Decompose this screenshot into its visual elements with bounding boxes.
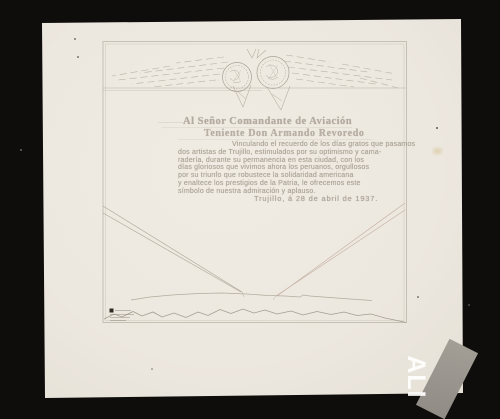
backdrop-speck — [468, 304, 470, 306]
searchlight-beams — [103, 203, 405, 300]
paper-stain — [431, 146, 444, 156]
right-seal-icon — [257, 57, 289, 89]
date-line: Trujillo, á 28 de abril de 1937. — [254, 194, 378, 203]
paper-speck — [417, 296, 419, 298]
watermark-text: ALI — [401, 347, 431, 407]
paper-speck — [77, 56, 79, 58]
paper-speck — [151, 368, 153, 370]
dedication-paragraph: Vinculando el recuerdo de los días grato… — [178, 141, 399, 196]
horizon-line — [131, 293, 372, 301]
body-line: por su triunfo que robustece la solidari… — [178, 172, 399, 180]
wing-flourish-left — [112, 57, 228, 87]
left-seal-icon — [223, 63, 252, 92]
body-line: dos artistas de Trujillo, estimulados po… — [178, 149, 399, 157]
band-line — [103, 88, 406, 90]
body-line: y enaltece los prestigios de la Patria, … — [178, 180, 399, 188]
backdrop-speck — [20, 149, 22, 151]
artist-stamp — [110, 309, 135, 321]
paper-speck — [74, 38, 76, 40]
paper-speck — [436, 127, 438, 129]
heading-line1: Al Señor Comandante de Aviación — [183, 116, 352, 127]
photo-background: Al Señor Comandante de Aviación Teniente… — [0, 0, 500, 419]
heading-line2: Teniente Don Armando Revoredo — [204, 128, 364, 139]
wing-flourish-right — [284, 55, 402, 89]
ribbon-banner — [233, 49, 290, 110]
body-line: Vinculando el recuerdo de los días grato… — [178, 141, 399, 149]
